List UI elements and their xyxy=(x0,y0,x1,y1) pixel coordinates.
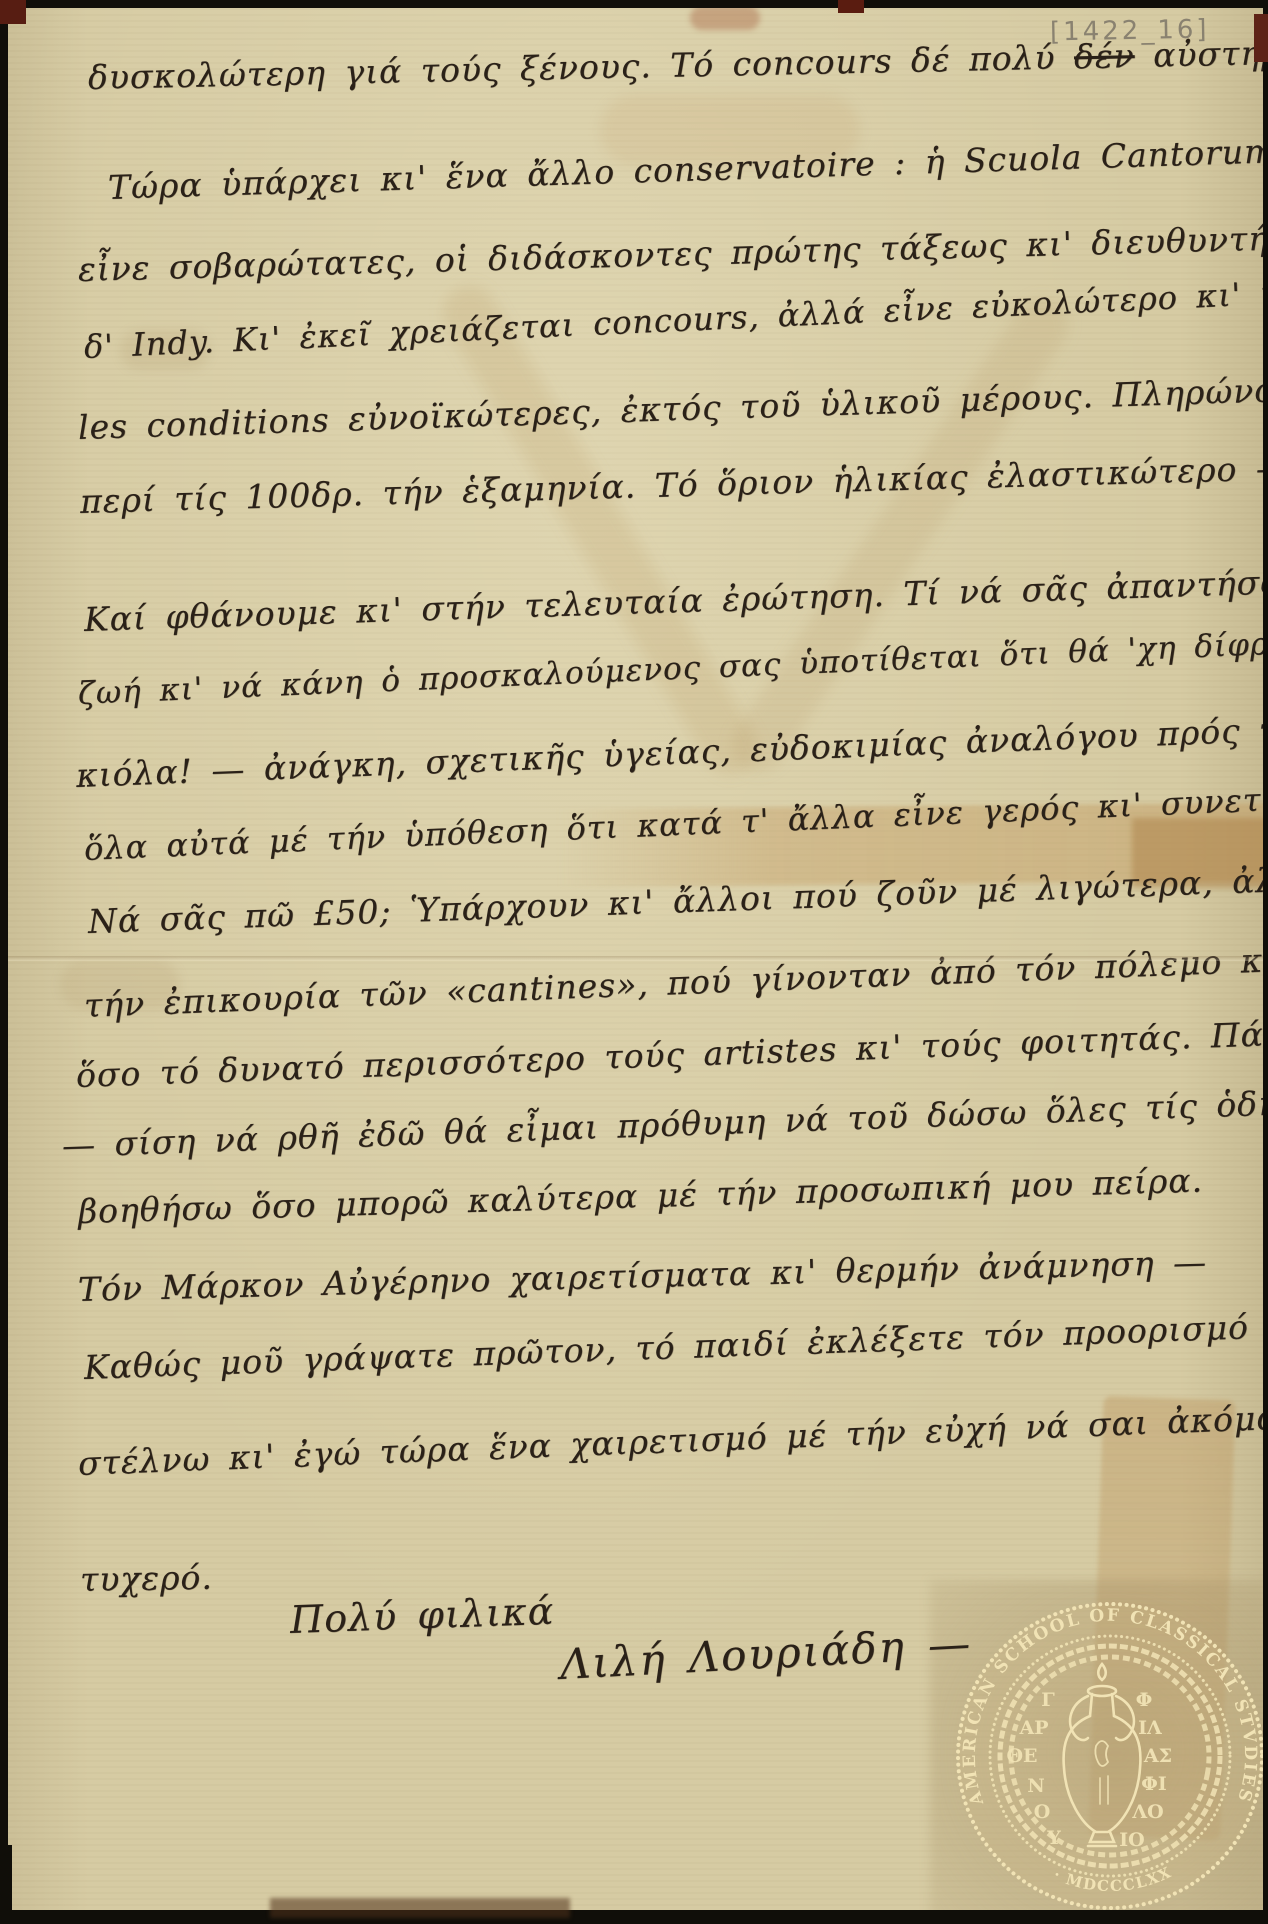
scan-edge-right xyxy=(1263,0,1268,1924)
handwriting-line-9: κιόλα! — ἀνάγκη, σχετικῆς ὑγείας, εὐδοκι… xyxy=(75,701,1268,795)
scan-edge-bottom-left xyxy=(0,1845,12,1924)
seal-letter: ΑΡ xyxy=(1018,1717,1048,1739)
seal-letter: ΛΟ xyxy=(1131,1801,1163,1823)
strikethrough-word: δέν xyxy=(1074,36,1135,76)
seal-letter: Ο xyxy=(1034,1801,1051,1823)
handwriting-line-12: τήν ἐπικουρία τῶν «cantines», πού γίνοντ… xyxy=(83,930,1268,1025)
stain-diagonal-right xyxy=(721,288,1079,782)
line-1-pre: δυσκολώτερη γιά τούς ξένους. Τό concours… xyxy=(88,37,1075,97)
handwriting-line-19: τυχερό. xyxy=(80,1558,213,1599)
seal-letter: Γ xyxy=(1041,1689,1055,1711)
closing-line: Πολύ φιλικά xyxy=(289,1589,555,1642)
scan-edge-left xyxy=(0,0,8,1924)
handwriting-line-2: Τώρα ὑπάρχει κι' ἕνα ἄλλο conservatoire … xyxy=(107,124,1268,207)
handwriting-line-7: Καί φθάνουμε κι' στήν τελευταία ἐρώτηση.… xyxy=(83,554,1268,639)
handwriting-line-5: les conditions εὐνοϊκώτερες, ἐκτός τοῦ ὑ… xyxy=(77,365,1268,447)
seal-letter: ΦΙ xyxy=(1141,1773,1167,1795)
handwriting-line-17: Καθώς μοῦ γράψατε πρῶτον, τό παιδί ἐκλέξ… xyxy=(83,1301,1268,1387)
handwriting-line-3: εἶνε σοβαρώτατες, οἱ διδάσκοντες πρώτης … xyxy=(77,213,1268,289)
handwriting-line-1: δυσκολώτερη γιά τούς ξένους. Τό concours… xyxy=(88,31,1268,97)
seal-outer-bead-ring xyxy=(958,1604,1262,1908)
scan-edge-bottom xyxy=(0,1910,1268,1924)
seal-letter: ΑΣ xyxy=(1143,1745,1172,1767)
seal-letter: Φ xyxy=(1136,1689,1153,1711)
handwriting-line-6: περί τίς 100δρ. τήν ἑξαμηνία. Τό ὅριον ἡ… xyxy=(79,448,1268,521)
letter-scan-page: [1422_16] δυσκολώτερη γιά τούς ξένους. Τ… xyxy=(0,0,1268,1924)
seal-letter: Υ xyxy=(1046,1827,1061,1849)
stain-diagonal-left xyxy=(433,276,768,784)
fold-crease xyxy=(0,956,1268,961)
handwriting-line-15: βοηθήσω ὅσο μπορῶ καλύτερα μέ τήν προσωπ… xyxy=(77,1161,1203,1231)
seal-letter: ΙΛ xyxy=(1138,1717,1162,1739)
line-1-post: αὐστηρό — xyxy=(1134,31,1268,75)
stain-red-smudge-top xyxy=(690,6,760,30)
handwriting-line-16: Τόν Μάρκον Αὐγέρηνο χαιρετίσματα κι' θερ… xyxy=(78,1242,1208,1309)
corner-mark-right xyxy=(1254,14,1268,62)
handwriting-line-18: στέλνω κι' ἐγώ τώρα ἕνα χαιρετισμό μέ τή… xyxy=(77,1395,1268,1483)
corner-smudge-bottom xyxy=(270,1898,570,1918)
ascsa-seal: AMERICAN SCHOOL OF CLASSICAL STVDIES AT … xyxy=(950,1596,1268,1916)
handwriting-line-11: Νά σᾶς πῶ £50; Ὑπάρχουν κι' ἄλλοι πού ζο… xyxy=(87,853,1268,941)
seal-letter: ΘΕ xyxy=(1006,1745,1037,1767)
corner-mark-top-left xyxy=(0,0,26,24)
signature: Λιλή Λουριάδη — xyxy=(559,1618,973,1689)
corner-mark-top-mid xyxy=(838,0,864,13)
seal-letter: ΙΟ xyxy=(1119,1829,1144,1851)
seal-letter: Ν xyxy=(1027,1775,1044,1797)
scan-edge-top xyxy=(0,0,1268,8)
